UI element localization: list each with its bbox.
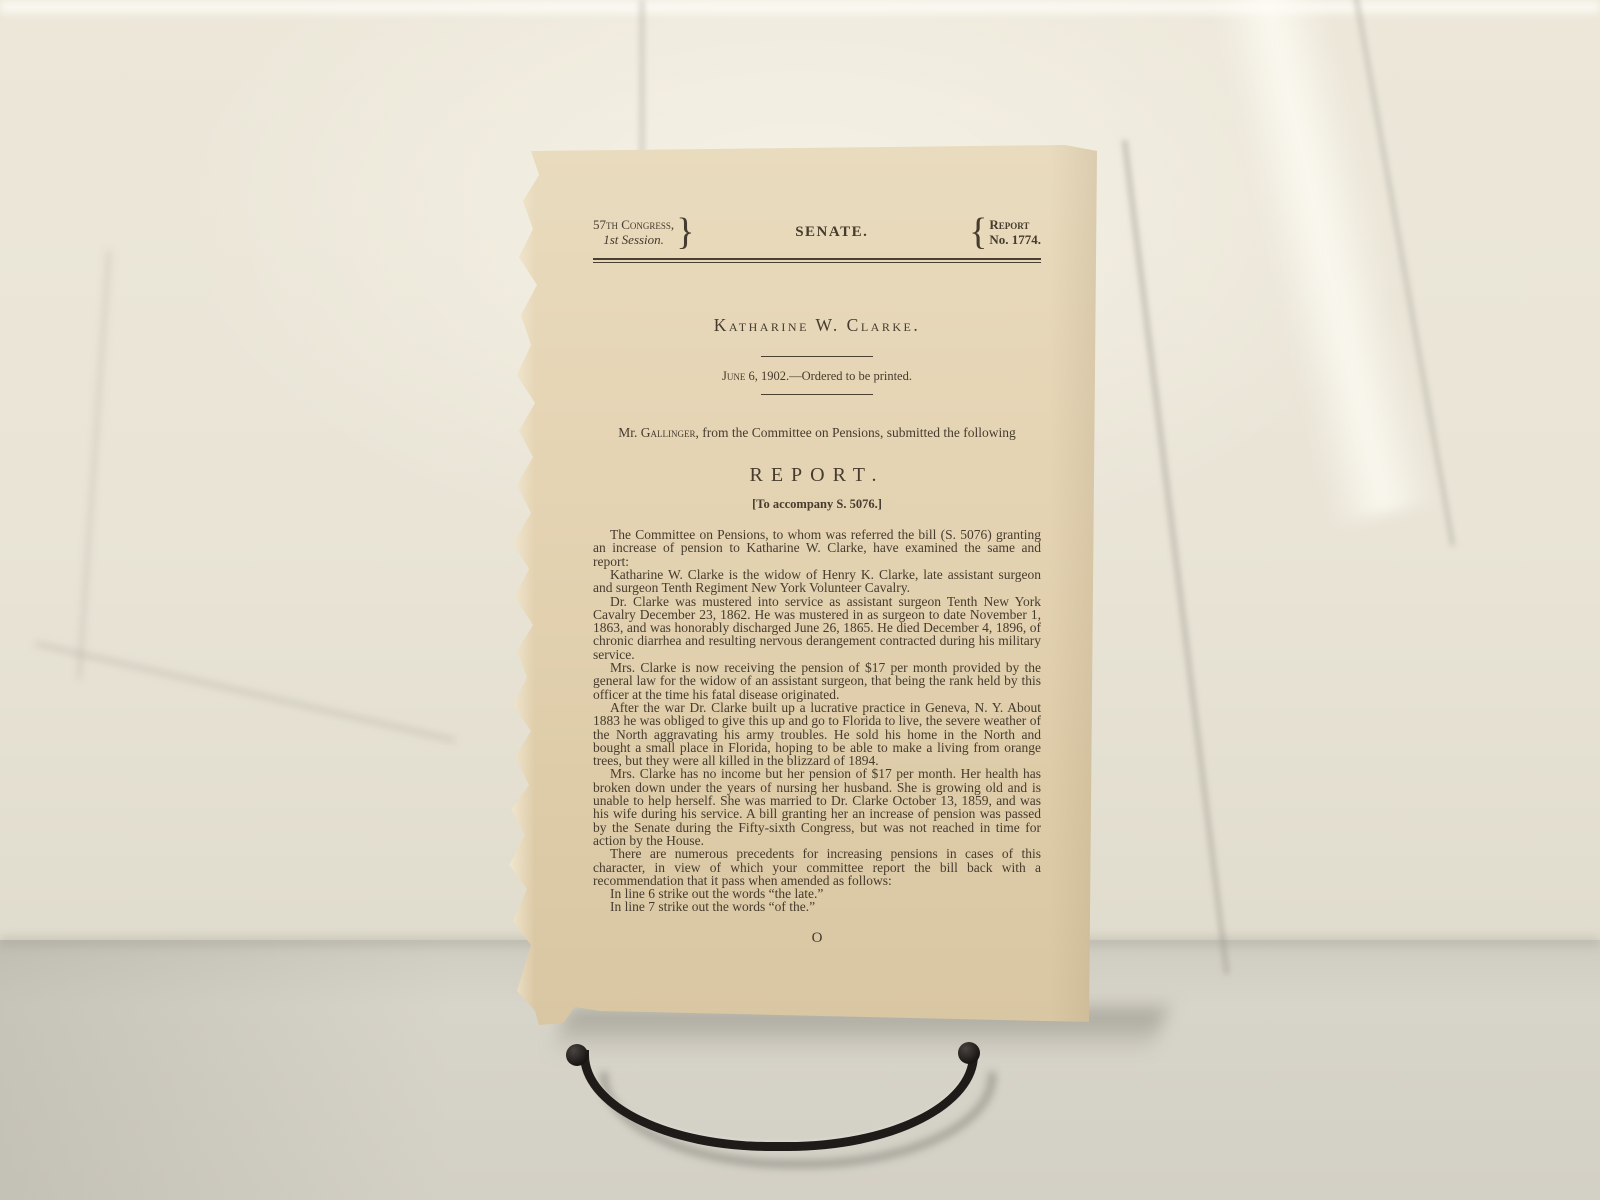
submission-prefix: Mr. <box>618 425 641 440</box>
report-number: No. 1774. <box>989 232 1041 248</box>
report-paragraph: There are numerous precedents for increa… <box>593 847 1041 887</box>
right-brace: { <box>969 215 987 249</box>
report-number-label: Report No. 1774. <box>989 217 1041 248</box>
masthead-double-rule <box>593 258 1041 263</box>
end-mark: O <box>593 930 1041 947</box>
congress-session-block: 57th Congress, 1st Session. } <box>593 215 694 249</box>
report-amendment-line: In line 6 strike out the words “the late… <box>593 887 1041 900</box>
display-stand-ball-left <box>566 1044 588 1066</box>
report-paragraph: Katharine W. Clarke is the widow of Henr… <box>593 568 1041 595</box>
congress-line: 57th Congress, <box>593 217 674 232</box>
report-paragraph: After the war Dr. Clarke built up a lucr… <box>593 701 1041 767</box>
report-paragraph: Mrs. Clarke is now receiving the pension… <box>593 661 1041 701</box>
report-amendment-line: In line 7 strike out the words “of the.” <box>593 900 1041 913</box>
session-line: 1st Session. <box>593 232 674 247</box>
document-title: Katharine W. Clarke. <box>593 315 1041 336</box>
masthead: 57th Congress, 1st Session. } SENATE. { … <box>593 215 1041 249</box>
report-paragraph: The Committee on Pensions, to whom was r… <box>593 528 1041 568</box>
dateline-date: June 6, 1902. <box>722 369 789 383</box>
dateline: June 6, 1902.—Ordered to be printed. <box>593 369 1041 384</box>
submission-line: Mr. Gallinger, from the Committee on Pen… <box>593 423 1041 444</box>
scene: { "document": { "header": { "congress_li… <box>0 0 1600 1200</box>
dateline-rest: —Ordered to be printed. <box>789 369 912 383</box>
document-content: 57th Congress, 1st Session. } SENATE. { … <box>505 145 1097 947</box>
submission-name: Gallinger <box>641 425 696 440</box>
left-brace: } <box>676 215 694 249</box>
report-heading: REPORT. <box>593 464 1041 487</box>
dateline-rule <box>761 394 873 395</box>
document-page: 57th Congress, 1st Session. } SENATE. { … <box>505 145 1097 1025</box>
display-stand-ball-right <box>958 1042 980 1064</box>
submission-rest: , from the Committee on Pensions, submit… <box>696 425 1016 440</box>
congress-session-label: 57th Congress, 1st Session. <box>593 217 674 248</box>
report-paragraph: Mrs. Clarke has no income but her pensio… <box>593 767 1041 847</box>
report-body: The Committee on Pensions, to whom was r… <box>593 528 1041 914</box>
report-paragraph: Dr. Clarke was mustered into service as … <box>593 595 1041 661</box>
title-rule <box>761 356 873 357</box>
report-number-block: { Report No. 1774. <box>969 215 1041 249</box>
accompany-note: [To accompany S. 5076.] <box>593 497 1041 512</box>
report-label: Report <box>989 217 1041 233</box>
chamber-heading: SENATE. <box>795 224 868 241</box>
